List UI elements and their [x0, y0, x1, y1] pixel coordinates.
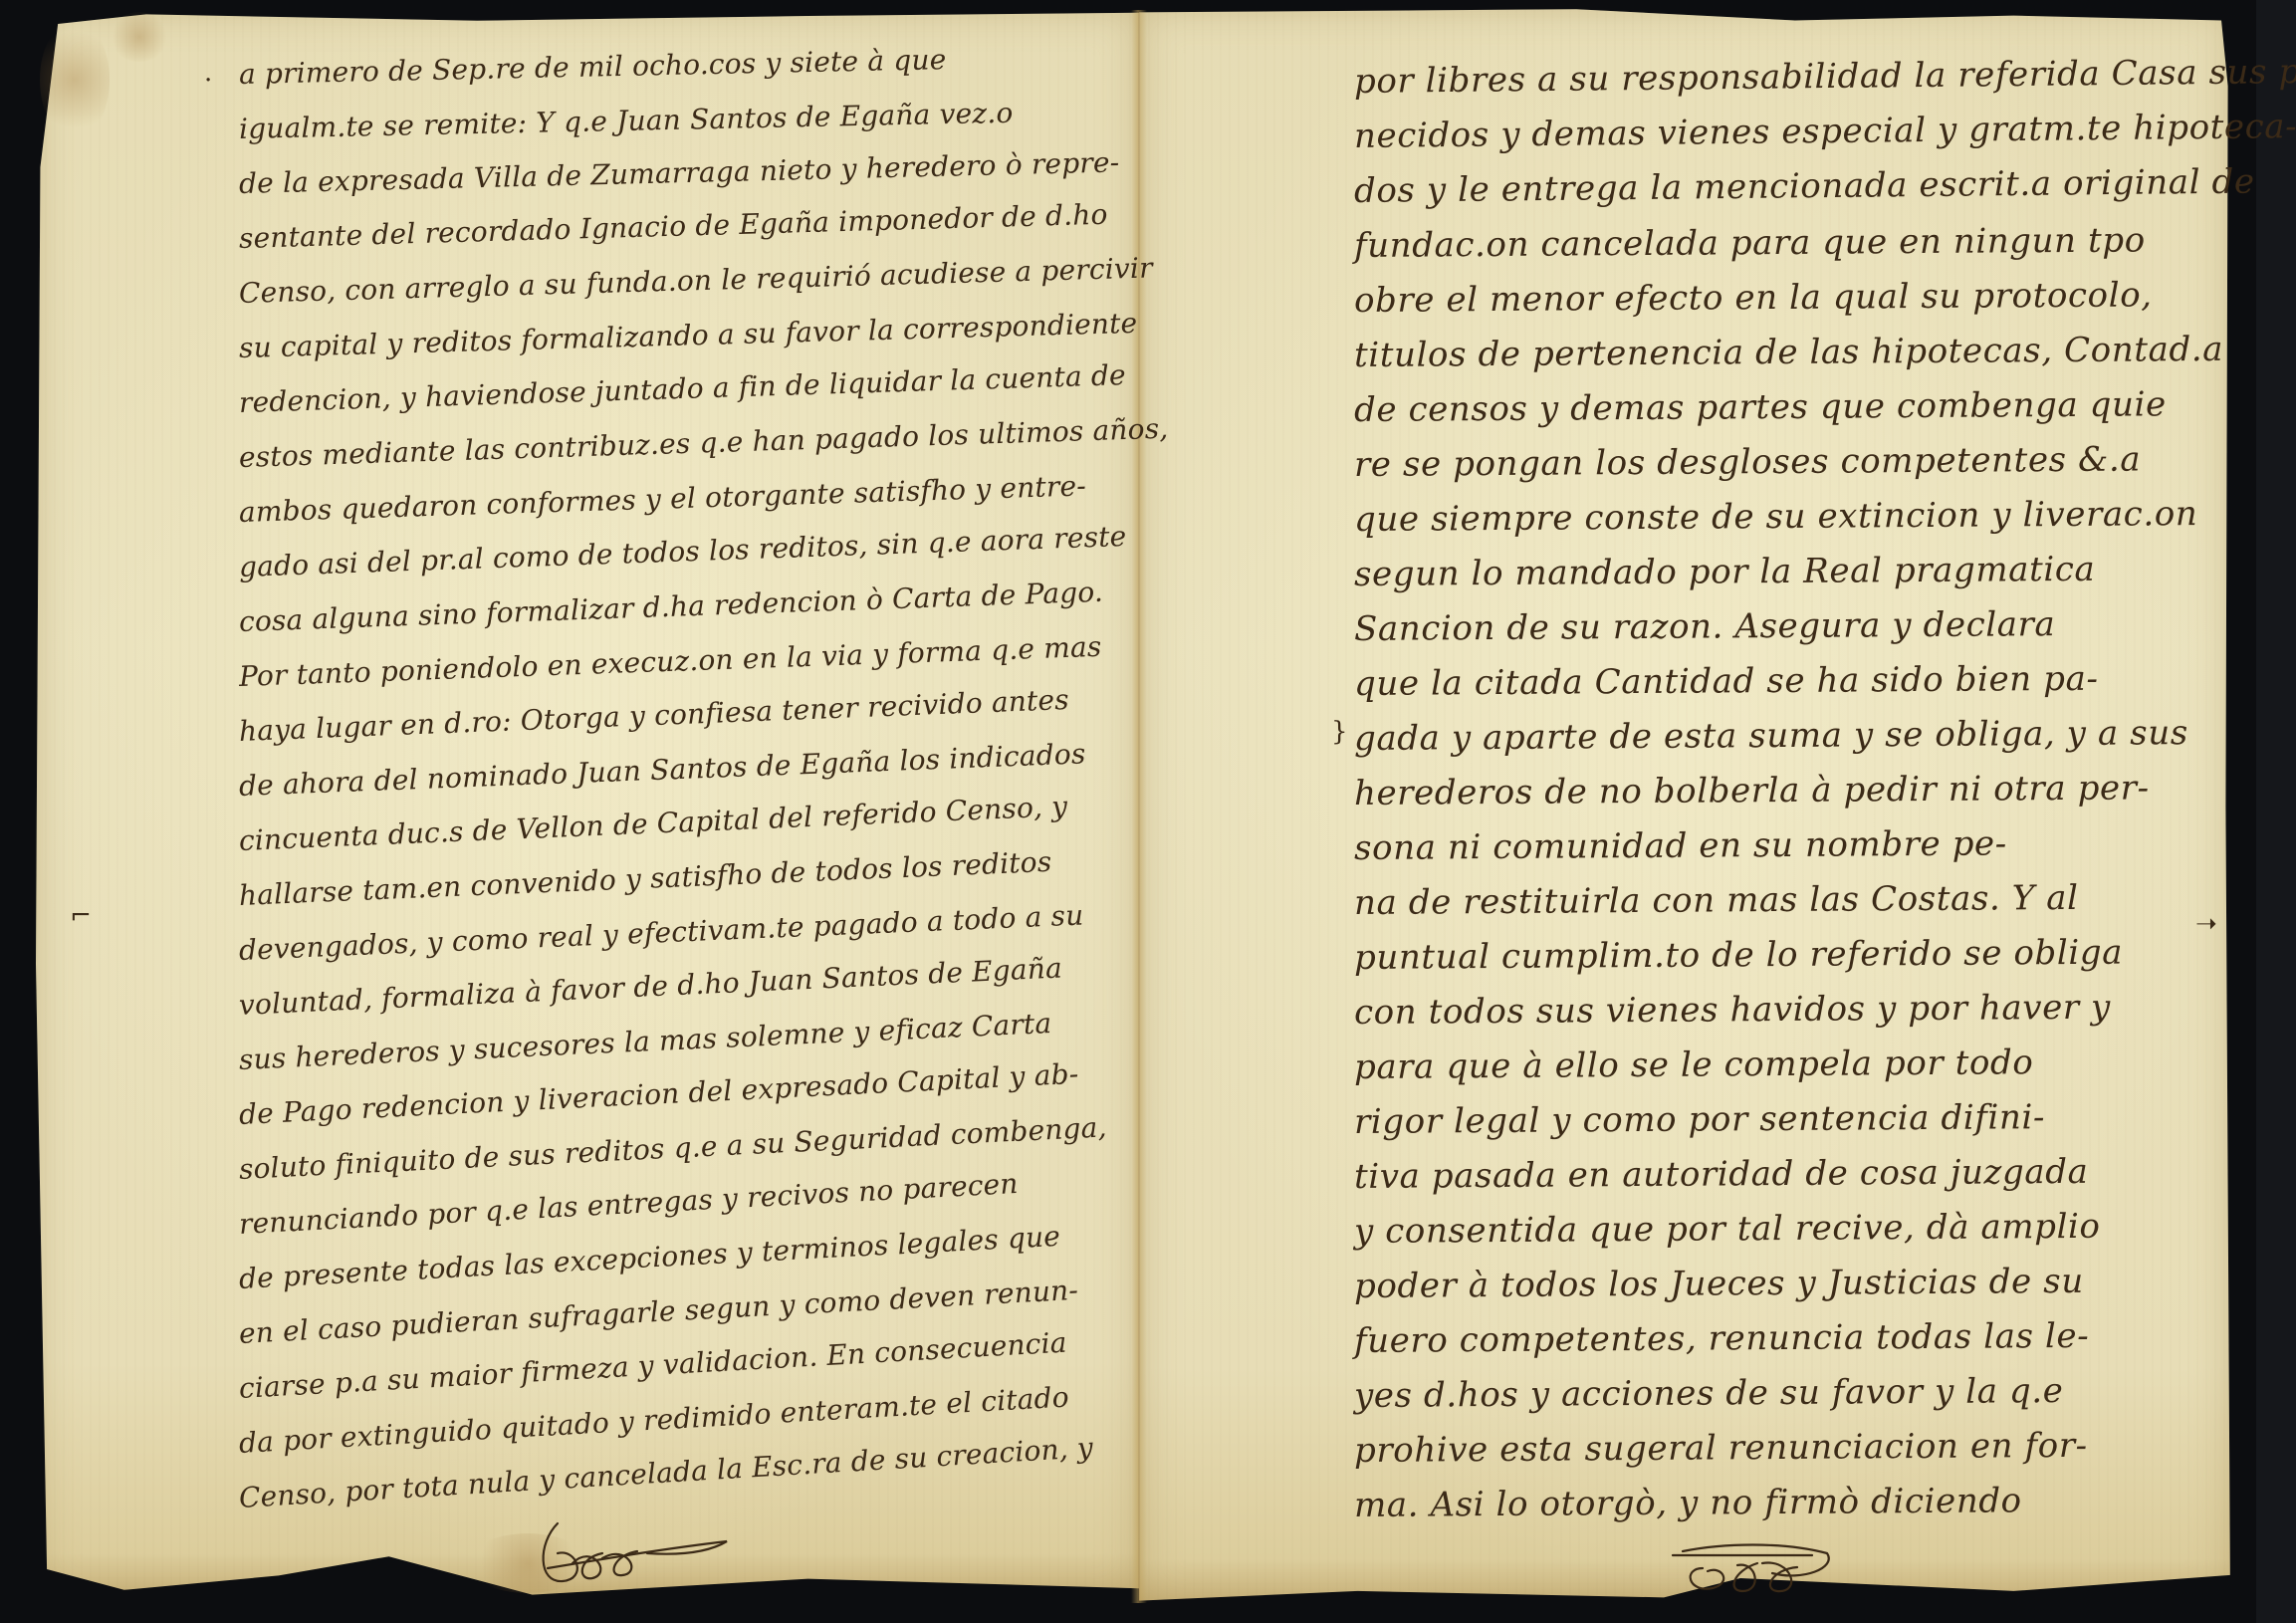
edge-stain	[40, 20, 110, 139]
binding-gutter	[1131, 10, 1147, 1603]
manuscript-line: puntual cumplim.to de lo referido se obl…	[1354, 933, 2123, 978]
margin-tick-mark: ·	[204, 66, 212, 96]
manuscript-line: Sancion de su razon. Asegura y declara	[1354, 604, 2056, 649]
manuscript-line: na de restituirla con mas las Costas. Y …	[1354, 878, 2079, 923]
manuscript-line: que la citada Cantidad se ha sido bien p…	[1354, 659, 2099, 704]
manuscript-line: herederos de no bolberla à pedir ni otra…	[1354, 768, 2150, 813]
manuscript-line: para que à ello se le compela por todo	[1354, 1043, 2034, 1087]
margin-tick-mark: ⌐	[70, 901, 92, 931]
ink-blot-stain	[110, 12, 169, 62]
manuscript-line: titulos de pertenencia de las hipotecas,…	[1354, 330, 2223, 375]
manuscript-line: obre el menor efecto en la qual su proto…	[1354, 275, 2153, 321]
manuscript-line: de censos y demas partes que combenga qu…	[1354, 384, 2167, 430]
manuscript-line: rigor legal y como por sentencia difini-	[1354, 1097, 2045, 1142]
manuscript-line: fundac.on cancelada para que en ningun t…	[1354, 220, 2146, 266]
manuscript-line: prohive esta sugeral renunciacion en for…	[1354, 1426, 2088, 1471]
manuscript-line: gada y aparte de esta suma y se obliga, …	[1354, 713, 2188, 759]
manuscript-line: yes d.hos y acciones de su favor y la q.…	[1354, 1371, 2064, 1416]
manuscript-line: tiva pasada en autoridad de cosa juzgada	[1354, 1152, 2089, 1197]
manuscript-line: sona ni comunidad en su nombre pe-	[1354, 823, 2007, 868]
manuscript-line: con todos sus vienes havidos y por haver…	[1354, 988, 2111, 1033]
manuscript-line: y consentida que por tal recive, dà ampl…	[1354, 1207, 2101, 1252]
right-rubric-flourish-icon	[1663, 1533, 1842, 1603]
manuscript-line: re se pongan los desgloses competentes &…	[1354, 439, 2141, 485]
scanner-backdrop	[2256, 0, 2296, 1623]
left-rubric-flourish-icon	[518, 1513, 737, 1593]
manuscript-line: ma. Asi lo otorgò, y no firmò diciendo	[1354, 1481, 2022, 1525]
manuscript-line: que siempre conste de su extincion y liv…	[1354, 494, 2198, 540]
manuscript-line: segun lo mandado por la Real pragmatica	[1354, 550, 2096, 594]
margin-tick-mark: ➝	[2195, 909, 2217, 939]
manuscript-line: poder à todos los Jueces y Justicias de …	[1354, 1262, 2084, 1306]
manuscript-line: fuero competentes, renuncia todas las le…	[1354, 1316, 2090, 1361]
margin-tick-mark: }	[1331, 717, 1348, 747]
